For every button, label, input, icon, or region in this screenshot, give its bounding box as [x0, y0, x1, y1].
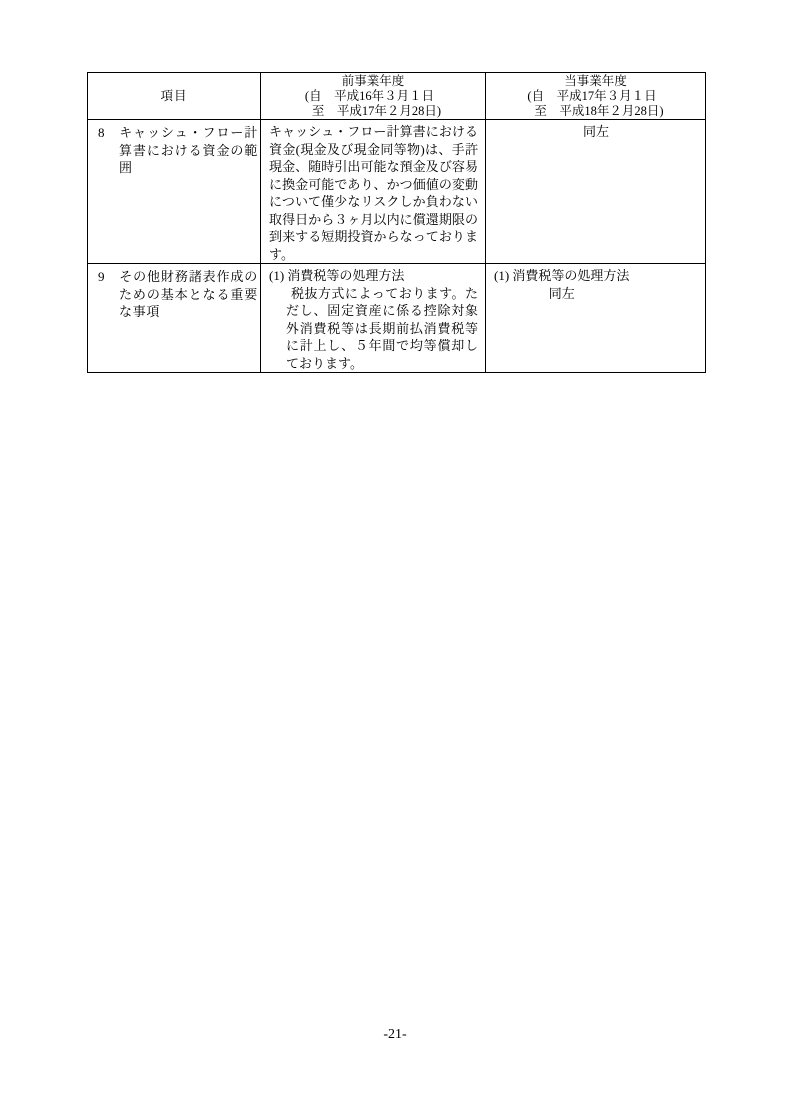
- curr-period-cell-8: 同左: [486, 120, 706, 264]
- prev-period-cell-9: (1) 消費税等の処理方法 税抜方式によっております。ただし、固定資産に係る控除…: [261, 264, 486, 373]
- item-label-9: その他財務諸表作成のための基本となる重要な事項: [119, 269, 258, 319]
- item-label-8: キャッシュ・フロー計算書における資金の範囲: [119, 125, 258, 175]
- table-header-row: 項目 前事業年度 (自 平成16年３月１日 至 平成17年２月28日) 当事業年…: [88, 73, 706, 120]
- item-cell-9: 9その他財務諸表作成のための基本となる重要な事項: [88, 264, 261, 373]
- curr-period-to: 至 平成18年２月28日): [527, 104, 663, 119]
- header-prev-period-column: 前事業年度 (自 平成16年３月１日 至 平成17年２月28日): [261, 73, 486, 120]
- prev-period-cell-8: キャッシュ・フロー計算書における資金(現金及び現金同等物)は、手許現金、随時引出…: [261, 120, 486, 264]
- accounting-notes-table: 項目 前事業年度 (自 平成16年３月１日 至 平成17年２月28日) 当事業年…: [87, 72, 706, 373]
- table-row-cash-flow-funds-scope: 8キャッシュ・フロー計算書における資金の範囲 キャッシュ・フロー計算書における資…: [88, 120, 706, 264]
- curr-period-from: (自 平成17年３月１日: [527, 89, 663, 104]
- curr-body-9-same-as-left: 同左: [494, 285, 629, 303]
- prev-period-dates: (自 平成16年３月１日 至 平成17年２月28日): [261, 89, 485, 119]
- item-cell-8: 8キャッシュ・フロー計算書における資金の範囲: [88, 120, 261, 264]
- page-number: -21-: [0, 1026, 790, 1043]
- table-row-other-important-matters: 9その他財務諸表作成のための基本となる重要な事項 (1) 消費税等の処理方法 税…: [88, 264, 706, 373]
- curr-period-dates: (自 平成17年３月１日 至 平成18年２月28日): [486, 89, 705, 119]
- curr-heading-9: (1) 消費税等の処理方法: [494, 267, 629, 285]
- header-item-column: 項目: [88, 73, 261, 120]
- prev-body-9: 税抜方式によっております。ただし、固定資産に係る控除対象外消費税等は長期前払消費…: [286, 285, 478, 373]
- prev-period-from: (自 平成16年３月１日: [305, 89, 441, 104]
- curr-period-title: 当事業年度: [486, 73, 705, 89]
- item-text-9: 9その他財務諸表作成のための基本となる重要な事項: [98, 268, 258, 321]
- item-number-9: 9: [98, 268, 119, 286]
- prev-period-to: 至 平成17年２月28日): [305, 104, 441, 119]
- prev-text-8: キャッシュ・フロー計算書における資金(現金及び現金同等物)は、手許現金、随時引出…: [269, 123, 478, 263]
- curr-block-9: (1) 消費税等の処理方法 同左: [494, 267, 629, 302]
- item-number-8: 8: [98, 124, 119, 142]
- curr-period-cell-9: (1) 消費税等の処理方法 同左: [486, 264, 706, 373]
- curr-text-8-same-as-left: 同左: [494, 123, 698, 141]
- header-item-label: 項目: [160, 89, 187, 103]
- prev-period-title: 前事業年度: [261, 73, 485, 89]
- curr-period-dates-block: (自 平成17年３月１日 至 平成18年２月28日): [527, 89, 663, 119]
- item-text-8: 8キャッシュ・フロー計算書における資金の範囲: [98, 124, 258, 177]
- prev-heading-9: (1) 消費税等の処理方法: [269, 267, 478, 285]
- prev-period-dates-block: (自 平成16年３月１日 至 平成17年２月28日): [305, 89, 441, 119]
- header-curr-period-column: 当事業年度 (自 平成17年３月１日 至 平成18年２月28日): [486, 73, 706, 120]
